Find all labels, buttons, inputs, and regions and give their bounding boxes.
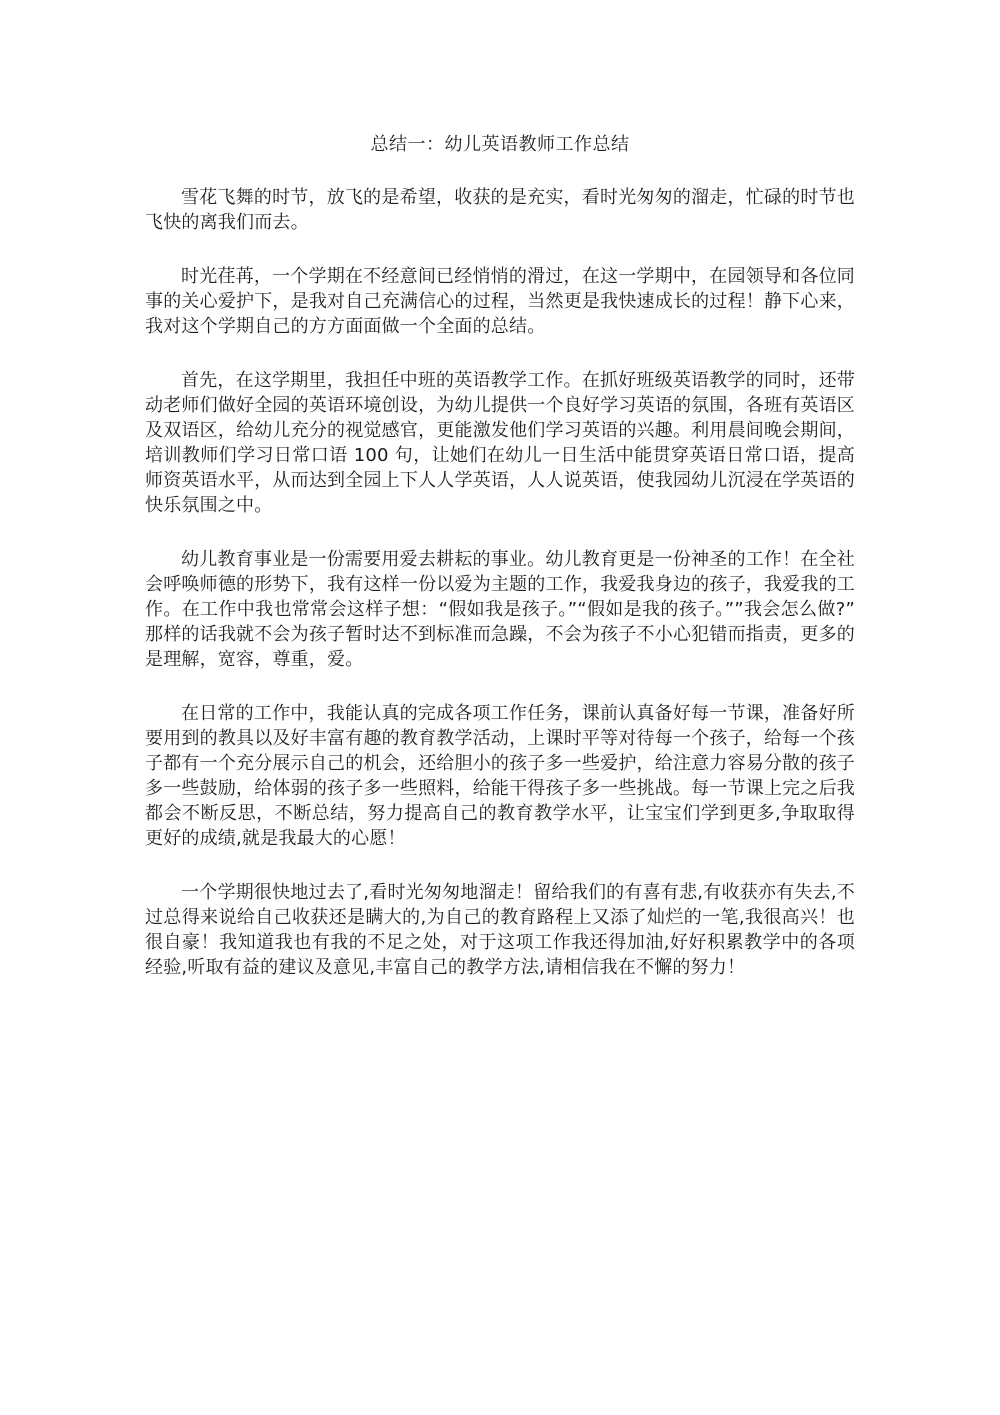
document-title: 总结一：幼儿英语教师工作总结 bbox=[145, 132, 855, 157]
paragraph: 首先，在这学期里，我担任中班的英语教学工作。在抓好班级英语教学的同时，还带动老师… bbox=[145, 368, 855, 518]
document-page: 总结一：幼儿英语教师工作总结 雪花飞舞的时节，放飞的是希望，收获的是充实，看时光… bbox=[0, 0, 1000, 1415]
paragraph: 幼儿教育事业是一份需要用爱去耕耘的事业。幼儿教育更是一份神圣的工作！在全社会呼唤… bbox=[145, 547, 855, 672]
paragraph: 雪花飞舞的时节，放飞的是希望，收获的是充实，看时光匆匆的溜走，忙碌的时节也飞快的… bbox=[145, 185, 855, 235]
document-body: 雪花飞舞的时节，放飞的是希望，收获的是充实，看时光匆匆的溜走，忙碌的时节也飞快的… bbox=[145, 185, 855, 980]
paragraph: 一个学期很快地过去了,看时光匆匆地溜走！留给我们的有喜有悲,有收获亦有失去,不过… bbox=[145, 880, 855, 980]
paragraph: 在日常的工作中，我能认真的完成各项工作任务，课前认真备好每一节课，准备好所要用到… bbox=[145, 701, 855, 851]
paragraph: 时光荏苒，一个学期在不经意间已经悄悄的滑过，在这一学期中，在园领导和各位同事的关… bbox=[145, 264, 855, 339]
